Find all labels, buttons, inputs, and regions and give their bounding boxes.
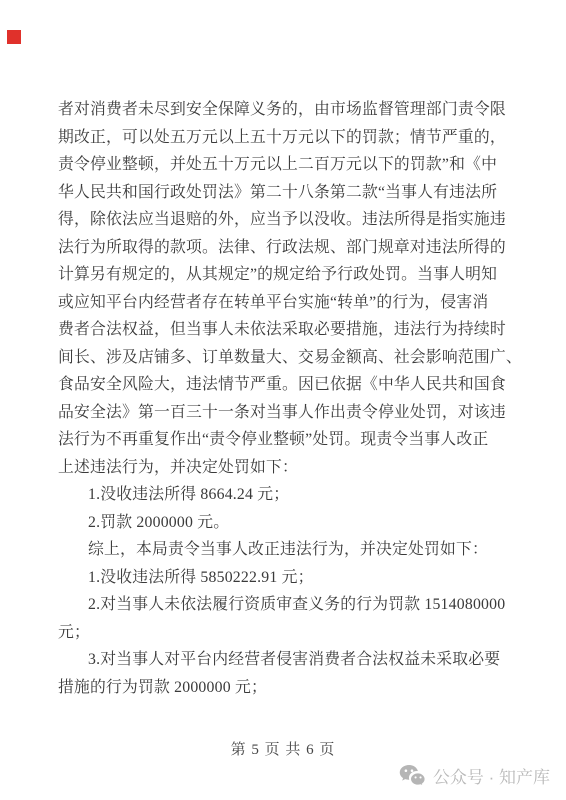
document-page: 者对消费者未尽到安全保障义务的，由市场监督管理部门责令限期改正，可以处五万元以上… [0, 0, 566, 800]
document-line: 1.没收违法所得 5850222.91 元； [58, 564, 513, 592]
watermark: 公众号 · 知产库 [399, 763, 550, 788]
document-line: 综上，本局责令当事人改正违法行为，并决定处罚如下： [58, 536, 513, 564]
document-line: 品安全法》第一百三十一条对当事人作出责令停业处罚，对该违 [58, 399, 513, 427]
document-line: 措施的行为罚款 2000000 元； [58, 674, 513, 702]
document-line: 者对消费者未尽到安全保障义务的，由市场监督管理部门责令限 [58, 96, 513, 124]
document-line: 或应知平台内经营者存在转单平台实施“转单”的行为，侵害消 [58, 289, 513, 317]
watermark-label: 公众号 · 知产库 [433, 763, 550, 788]
document-line: 费者合法权益，但当事人未依法采取必要措施，违法行为持续时 [58, 316, 513, 344]
document-line: 1.没收违法所得 8664.24 元； [58, 481, 513, 509]
document-line: 法行为所取得的款项。法律、行政法规、部门规章对违法所得的 [58, 234, 513, 262]
document-line: 上述违法行为，并决定处罚如下： [58, 454, 513, 482]
document-line: 食品安全风险大，违法情节严重。因已依据《中华人民共和国食 [58, 371, 513, 399]
page-number: 第 5 页 共 6 页 [0, 738, 566, 759]
document-line: 华人民共和国行政处罚法》第二十八条第二款“当事人有违法所 [58, 179, 513, 207]
document-line: 元； [58, 619, 513, 647]
red-mark [7, 30, 21, 44]
document-line: 2.罚款 2000000 元。 [58, 509, 513, 537]
document-line: 期改正，可以处五万元以上五十万元以下的罚款；情节严重的， [58, 124, 513, 152]
document-line: 责令停业整顿，并处五十万元以上二百万元以下的罚款”和《中 [58, 151, 513, 179]
document-line: 间长、涉及店铺多、订单数量大、交易金额高、社会影响范围广、 [58, 344, 513, 372]
document-lines: 者对消费者未尽到安全保障义务的，由市场监督管理部门责令限期改正，可以处五万元以上… [58, 96, 513, 701]
document-line: 得，除依法应当退赔的外，应当予以没收。违法所得是指实施违 [58, 206, 513, 234]
document-line: 计算另有规定的，从其规定”的规定给予行政处罚。当事人明知 [58, 261, 513, 289]
document-line: 2.对当事人未依法履行资质审查义务的行为罚款 1514080000 [58, 591, 513, 619]
document-line: 法行为不再重复作出“责令停业整顿”处罚。现责令当事人改正 [58, 426, 513, 454]
document-line: 3.对当事人对平台内经营者侵害消费者合法权益未采取必要 [58, 646, 513, 674]
wechat-icon [399, 764, 426, 787]
